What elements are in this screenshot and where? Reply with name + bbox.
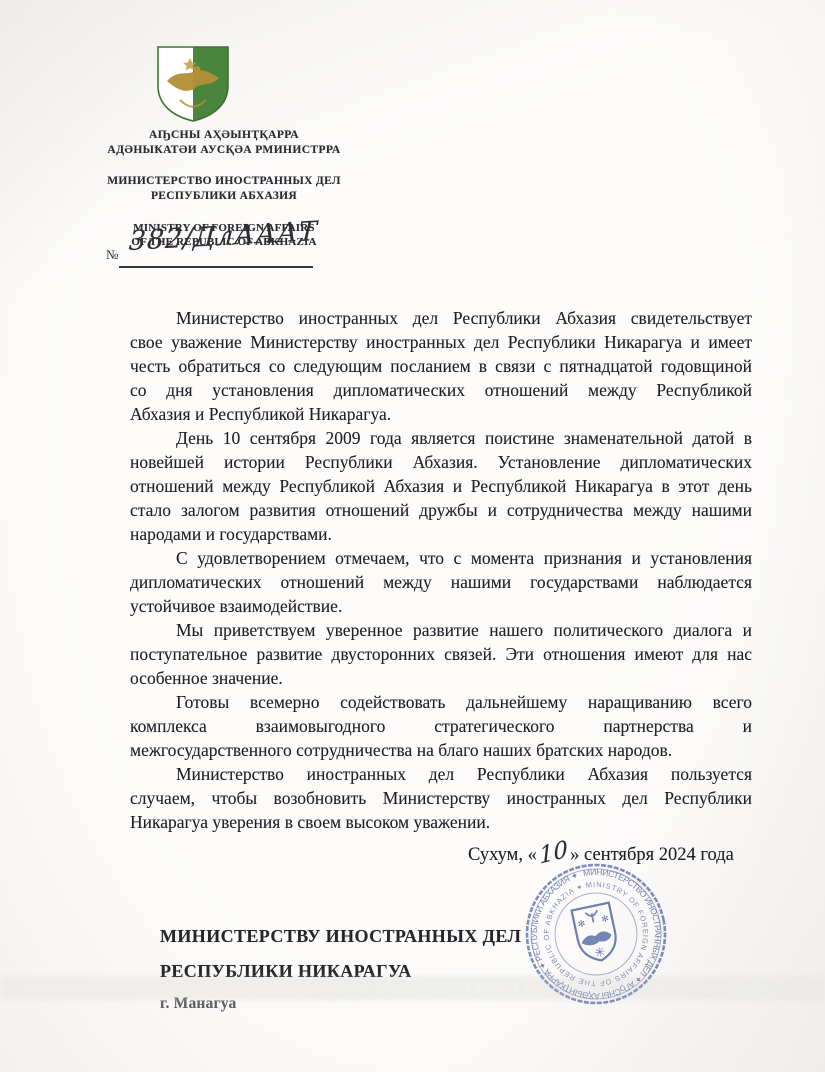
- body-line: стало залогом развития отношений дружбы …: [130, 498, 752, 522]
- letterhead-russian-line2: РЕСПУБЛИКИ АБХАЗИЯ: [84, 189, 364, 204]
- body-line: дипломатических отношений между нашими г…: [130, 570, 752, 594]
- letterhead-russian-line1: МИНИСТЕРСТВО ИНОСТРАННЫХ ДЕЛ: [84, 174, 364, 189]
- body-line: отношений между Республикой Абхазия и Ре…: [130, 474, 752, 498]
- body-line: свое уважение Министерству иностранных д…: [130, 330, 752, 354]
- body-line: случаем, чтобы возобновить Министерству …: [130, 786, 752, 810]
- body-line: новейшей истории Республики Абхазия. Уст…: [130, 450, 752, 474]
- scanned-letter-page: АҦСНЫ АҲӘЫНҬҚАРРА АДӘНЫҞАТӘИ АУСҚӘА РМИН…: [0, 0, 825, 1072]
- body-line: со дня установления дипломатических отно…: [130, 378, 752, 402]
- reference-underline: [119, 266, 313, 268]
- letter-body: Министерство иностранных дел Республики …: [130, 306, 752, 834]
- body-line: Готовы всемерно содействовать дальнейшем…: [130, 690, 752, 714]
- body-line: Абхазия и Республикой Никарагуа.: [130, 402, 752, 426]
- letterhead-abkhaz-line2: АДӘНЫҞАТӘИ АУСҚӘА РМИНИСТРРА: [84, 143, 364, 158]
- scan-shading-band: [0, 976, 825, 1000]
- body-line: поступательное развитие двусторонних свя…: [130, 642, 752, 666]
- body-line: устойчивое взаимодействие.: [130, 594, 752, 618]
- body-line: комплекса взаимовыгодного стратегическог…: [130, 714, 752, 738]
- reference-number-label: №: [106, 247, 118, 263]
- body-line: С удовлетворением отмечаем, что с момент…: [130, 546, 752, 570]
- body-line: Никарагуа уверения в своем высоком уваже…: [130, 810, 752, 834]
- addressee-line1: МИНИСТЕРСТВУ ИНОСТРАННЫХ ДЕЛ: [160, 926, 580, 947]
- body-line: народами и государствами.: [130, 522, 752, 546]
- body-line: особенное значение.: [130, 666, 752, 690]
- body-line: Мы приветствуем уверенное развитие нашег…: [130, 618, 752, 642]
- letterhead-abkhaz-line1: АҦСНЫ АҲӘЫНҬҚАРРА: [84, 128, 364, 143]
- body-line: межгосударственного сотрудничества на бл…: [130, 738, 752, 762]
- body-line: День 10 сентября 2009 года является поис…: [130, 426, 752, 450]
- abkhazia-coat-of-arms-icon: [150, 44, 236, 124]
- body-line: Министерство иностранных дел Республики …: [130, 306, 752, 330]
- body-line: честь обратиться со следующим посланием …: [130, 354, 752, 378]
- body-line: Министерство иностранных дел Республики …: [130, 762, 752, 786]
